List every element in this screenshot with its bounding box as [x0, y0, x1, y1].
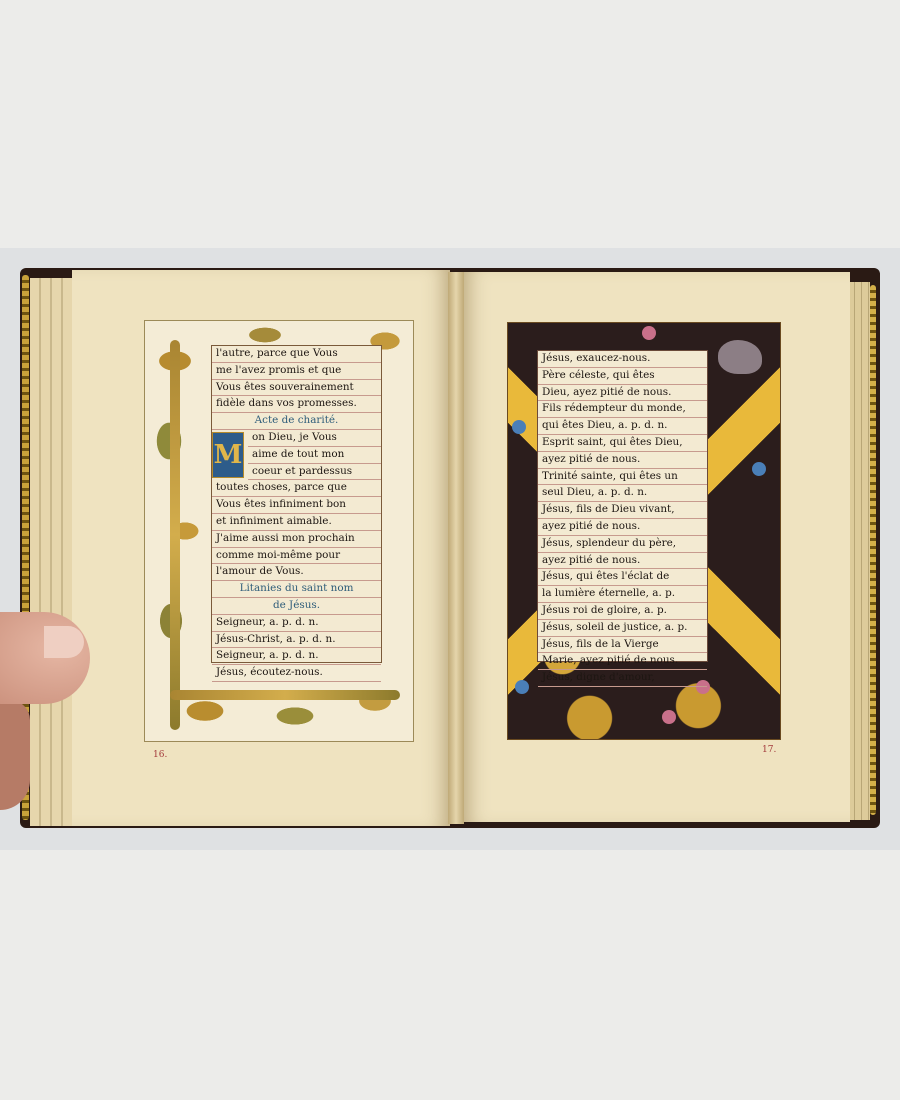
text-line: Jésus-Christ, a. p. d. n.: [212, 632, 381, 649]
text-line: seul Dieu, a. p. d. n.: [538, 485, 707, 502]
text-line: Trinité sainte, qui êtes un: [538, 469, 707, 486]
text-line: toutes choses, parce que: [212, 480, 381, 497]
section-heading: de Jésus.: [212, 598, 381, 615]
page-number-right: 17.: [762, 745, 776, 755]
flower-icon: [662, 710, 676, 724]
page-number-left: 16.: [153, 750, 167, 760]
text-line: comme moi-même pour: [212, 548, 381, 565]
text-line: la lumière éternelle, a. p.: [538, 586, 707, 603]
text-line: aime de tout mon: [248, 447, 381, 464]
text-line: me l'avez promis et que: [212, 363, 381, 380]
text-line: Jésus, soleil de justice, a. p.: [538, 620, 707, 637]
flower-icon: [752, 462, 766, 476]
flower-icon: [512, 420, 526, 434]
acanthus-vine-icon: [170, 340, 180, 730]
text-line: coeur et pardessus: [248, 464, 381, 481]
section-heading: Litanies du saint nom: [212, 581, 381, 598]
text-line: ayez pitié de nous.: [538, 553, 707, 570]
text-line: Jésus, qui êtes l'éclat de: [538, 569, 707, 586]
text-line: Père céleste, qui êtes: [538, 368, 707, 385]
text-line: ayez pitié de nous.: [538, 452, 707, 469]
flower-icon: [515, 680, 529, 694]
text-line: Esprit saint, qui êtes Dieu,: [538, 435, 707, 452]
left-text-block: l'autre, parce que Vous me l'avez promis…: [211, 345, 382, 663]
text-line: on Dieu, je Vous: [248, 430, 381, 447]
text-line: Fils rédempteur du monde,: [538, 401, 707, 418]
gilt-edge-right: [870, 285, 876, 815]
acanthus-vine-bottom-icon: [170, 690, 400, 700]
text-line: et infiniment aimable.: [212, 514, 381, 531]
text-line: Marie, ayez pitié de nous.: [538, 653, 707, 670]
text-line: Vous êtes infiniment bon: [212, 497, 381, 514]
text-line: Vous êtes souverainement: [212, 380, 381, 397]
section-heading: Acte de charité.: [212, 413, 381, 430]
text-line: Jésus, exaucez-nous.: [538, 351, 707, 368]
text-line: Jésus, écoutez-nous.: [212, 665, 381, 682]
bird-icon: [718, 340, 762, 374]
right-text-block: Jésus, exaucez-nous. Père céleste, qui ê…: [537, 350, 708, 662]
text-line: Jésus, fils de la Vierge: [538, 637, 707, 654]
text-line: Jésus, splendeur du père,: [538, 536, 707, 553]
hand-palm: [0, 700, 30, 810]
text-line: Dieu, ayez pitié de nous.: [538, 385, 707, 402]
text-line: Seigneur, a. p. d. n.: [212, 648, 381, 665]
text-line: Jésus roi de gloire, a. p.: [538, 603, 707, 620]
text-line: fidèle dans vos promesses.: [212, 396, 381, 413]
text-line: Seigneur, a. p. d. n.: [212, 615, 381, 632]
illuminated-initial-icon: M: [212, 432, 244, 478]
thumbnail-nail: [44, 626, 84, 658]
text-line: ayez pitié de nous.: [538, 519, 707, 536]
text-line: l'amour de Vous.: [212, 564, 381, 581]
book-gutter: [448, 272, 464, 824]
text-line: Jésus, fils de Dieu vivant,: [538, 502, 707, 519]
flower-icon: [642, 326, 656, 340]
text-line: J'aime aussi mon prochain: [212, 531, 381, 548]
text-line: Jésus, digne d'amour,: [538, 670, 707, 687]
text-line: l'autre, parce que Vous: [212, 346, 381, 363]
page-stack-right: [848, 282, 870, 820]
text-line: qui êtes Dieu, a. p. d. n.: [538, 418, 707, 435]
